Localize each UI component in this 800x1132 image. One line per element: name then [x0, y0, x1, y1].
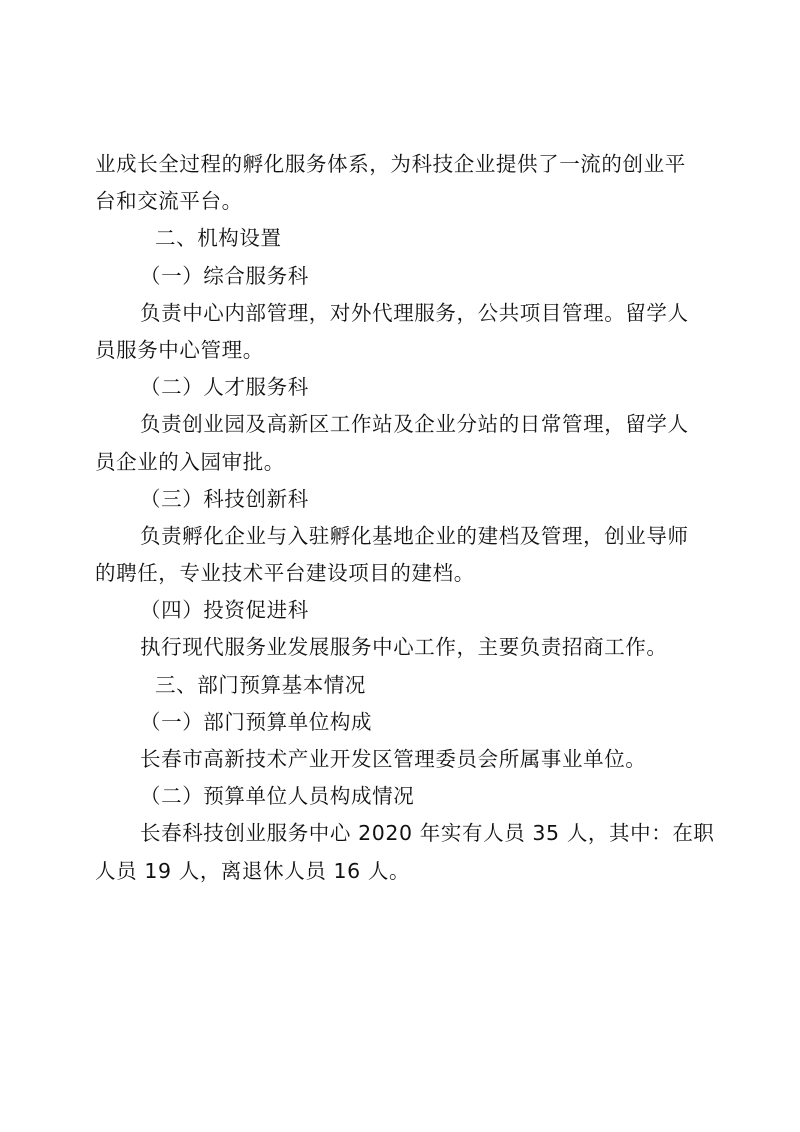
body-text-line: 台和交流平台。: [95, 183, 715, 220]
body-text-line: 执行现代服务业发展服务中心工作，主要负责招商工作。: [95, 629, 715, 666]
body-text-line: 长春科技创业服务中心 2020 年实有人员 35 人，其中：在职: [95, 815, 715, 852]
body-text-line: 的聘任，专业技术平台建设项目的建档。: [95, 555, 715, 592]
body-text-line: 员服务中心管理。: [95, 332, 715, 369]
subsection-heading-staff-composition: （二）预算单位人员构成情况: [95, 778, 715, 815]
document-page: 业成长全过程的孵化服务体系，为科技企业提供了一流的创业平 台和交流平台。 二、机…: [95, 146, 715, 890]
section-heading-organization: 二、机构设置: [95, 220, 715, 257]
body-text-line: 负责中心内部管理，对外代理服务，公共项目管理。留学人: [95, 295, 715, 332]
subsection-heading-tech-innovation: （三）科技创新科: [95, 481, 715, 518]
body-text-line: 业成长全过程的孵化服务体系，为科技企业提供了一流的创业平: [95, 146, 715, 183]
subsection-heading-investment-promotion: （四）投资促进科: [95, 592, 715, 629]
body-text-line: 员企业的入园审批。: [95, 444, 715, 481]
subsection-heading-general-services: （一）综合服务科: [95, 258, 715, 295]
subsection-heading-budget-units: （一）部门预算单位构成: [95, 704, 715, 741]
body-text-line: 负责创业园及高新区工作站及企业分站的日常管理，留学人: [95, 406, 715, 443]
body-text-line: 长春市高新技术产业开发区管理委员会所属事业单位。: [95, 741, 715, 778]
subsection-heading-talent-services: （二）人才服务科: [95, 369, 715, 406]
section-heading-budget-overview: 三、部门预算基本情况: [95, 667, 715, 704]
body-text-line: 人员 19 人，离退休人员 16 人。: [95, 853, 715, 890]
body-text-line: 负责孵化企业与入驻孵化基地企业的建档及管理，创业导师: [95, 518, 715, 555]
